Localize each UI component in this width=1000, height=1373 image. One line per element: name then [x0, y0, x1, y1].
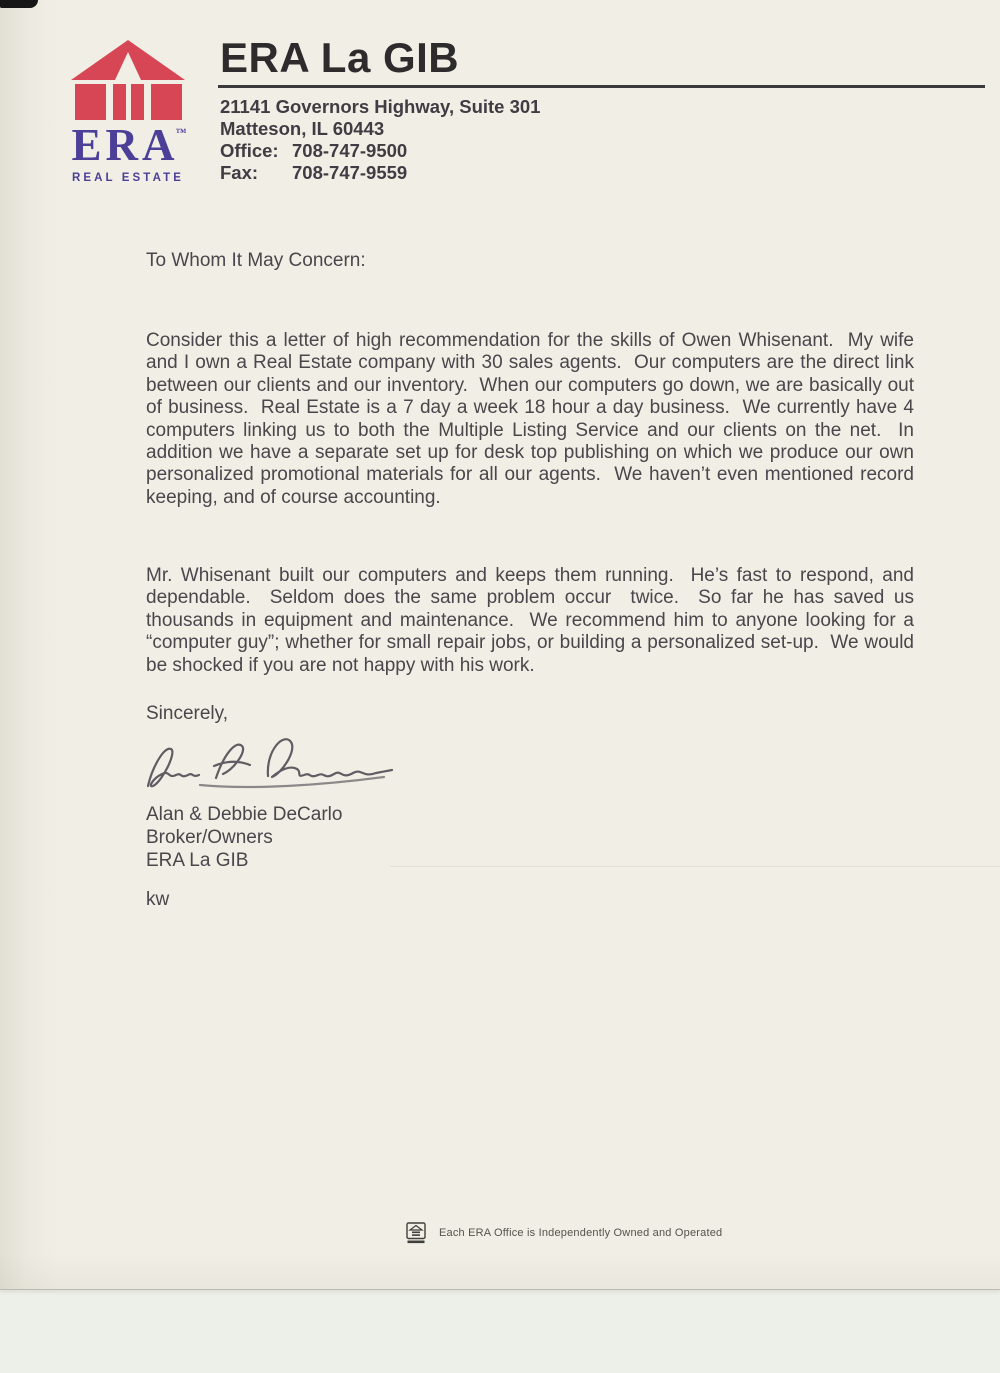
office-phone-number: 708-747-9500: [292, 140, 407, 162]
handwritten-signature: [138, 724, 398, 804]
office-phone-row: Office: 708-747-9500: [220, 140, 540, 162]
salutation: To Whom It May Concern:: [146, 250, 914, 272]
era-brand-text: ERA: [71, 120, 178, 170]
era-tagline: REAL ESTATE: [68, 172, 188, 184]
equal-housing-icon: [406, 1222, 426, 1244]
fax-label: Fax:: [220, 162, 292, 184]
footer-disclaimer: Each ERA Office is Independently Owned a…: [439, 1227, 722, 1239]
office-label: Office:: [220, 140, 292, 162]
paper-crease: [390, 866, 1000, 867]
fax-phone-row: Fax: 708-747-9559: [220, 162, 540, 184]
fax-phone-number: 708-747-9559: [292, 162, 407, 184]
signer-name: Alan & Debbie DeCarlo: [146, 803, 342, 826]
header-divider: [218, 85, 985, 88]
body-paragraph-2: Mr. Whisenant built our computers and ke…: [146, 565, 914, 677]
company-name-heading: ERA La GIB: [220, 34, 459, 82]
signer-company: ERA La GIB: [146, 849, 248, 872]
closing-phrase: Sincerely,: [146, 703, 914, 725]
address-city: Matteson, IL 60443: [220, 118, 540, 140]
signer-title: Broker/Owners: [146, 826, 273, 849]
letter-page: ERA™ REAL ESTATE ERA La GIB 21141 Govern…: [0, 0, 1000, 1290]
scanned-document: ERA™ REAL ESTATE ERA La GIB 21141 Govern…: [0, 0, 1000, 1373]
trademark-symbol: ™: [176, 127, 187, 139]
typist-initials: kw: [146, 888, 169, 911]
era-logo: ERA™ REAL ESTATE: [68, 38, 188, 184]
address-street: 21141 Governors Highway, Suite 301: [220, 96, 540, 118]
era-house-icon: [69, 38, 187, 120]
company-address-block: 21141 Governors Highway, Suite 301 Matte…: [220, 96, 540, 184]
era-wordmark: ERA™: [70, 123, 188, 168]
scan-corner-artifact: [0, 0, 38, 8]
body-paragraph-1: Consider this a letter of high recommend…: [146, 330, 914, 509]
footer: Each ERA Office is Independently Owned a…: [406, 1222, 722, 1244]
